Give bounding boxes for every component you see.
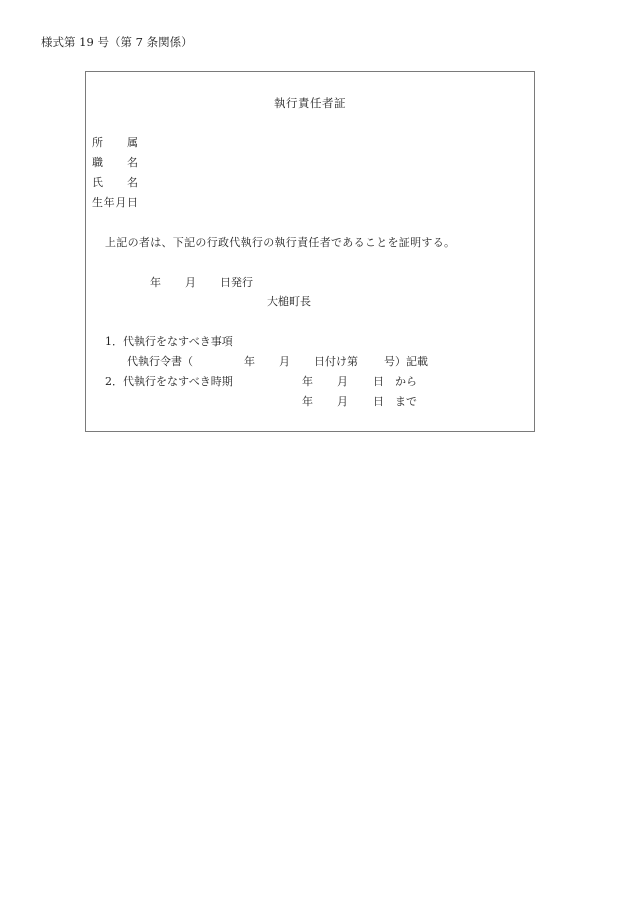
- field-birthdate-label: 生 年 月 日: [92, 196, 138, 210]
- item-1-order-prefix: 代執行令書（: [127, 355, 193, 369]
- period-until-month: 月: [337, 395, 348, 409]
- label-char: 職: [92, 156, 103, 170]
- item-1-order-year: 年: [244, 355, 255, 369]
- item-1-order-day: 日付け第: [314, 355, 358, 369]
- label-char: 名: [127, 176, 138, 190]
- item-2-label: 2．代執行をなすべき時期: [105, 375, 233, 389]
- label-char: 生: [92, 196, 103, 210]
- period-until-word: まで: [395, 395, 417, 409]
- label-char: 属: [127, 136, 138, 150]
- item-1-order-month: 月: [279, 355, 290, 369]
- label-char: 氏: [92, 176, 103, 190]
- period-from-year: 年: [302, 375, 313, 389]
- field-affiliation-label: 所 属: [92, 136, 138, 150]
- period-until-day: 日: [373, 395, 384, 409]
- label-char: 名: [127, 156, 138, 170]
- certification-text: 上記の者は、下記の行政代執行の執行責任者であることを証明する。: [105, 236, 455, 250]
- period-from-month: 月: [337, 375, 348, 389]
- item-1-label: 1．代執行をなすべき事項: [105, 335, 233, 349]
- period-from-day: 日: [373, 375, 384, 389]
- issue-month-label: 月: [185, 276, 196, 290]
- label-char: 年: [104, 196, 115, 210]
- issuer: 大槌町長: [267, 295, 311, 309]
- form-number: 様式第 19 号（第 7 条関係）: [41, 35, 193, 49]
- item-1-order-suffix: 号）記載: [384, 355, 428, 369]
- period-from-word: から: [395, 375, 417, 389]
- issue-year-label: 年: [150, 276, 161, 290]
- label-char: 月: [115, 196, 126, 210]
- certificate-box: 執行責任者証 所 属 職 名 氏 名 生 年 月 日 上記の者は、下記の行政代執…: [85, 71, 535, 432]
- field-position-label: 職 名: [92, 156, 138, 170]
- certificate-title: 執行責任者証: [86, 96, 534, 110]
- label-char: 日: [127, 196, 138, 210]
- label-char: 所: [92, 136, 103, 150]
- field-name-label: 氏 名: [92, 176, 138, 190]
- period-until-year: 年: [302, 395, 313, 409]
- issue-day-label: 日発行: [220, 276, 253, 290]
